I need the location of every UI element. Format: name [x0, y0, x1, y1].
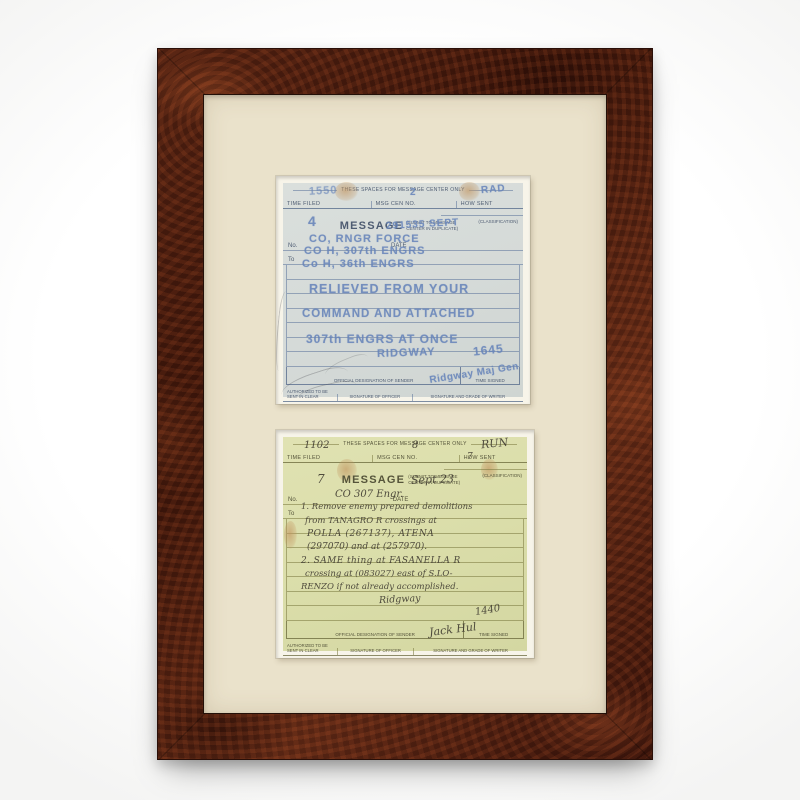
date-label: DATE — [393, 497, 409, 503]
date-label: DATE — [391, 243, 407, 249]
frame-miter — [604, 713, 651, 760]
time-signed-label: TIME SIGNED — [475, 378, 504, 383]
official-designation-label: OFFICIAL DESIGNATION OF SENDER — [334, 378, 414, 383]
fields-row: TIME FILED MSG CEN NO. HOW SENT — [283, 449, 527, 463]
message-body — [286, 519, 524, 621]
authorized-label-line1: AUTHORIZED TO BE — [287, 389, 328, 394]
frame-miter — [604, 48, 651, 95]
to-label: To — [288, 511, 294, 517]
ruled-line — [287, 563, 523, 578]
ruled-line — [287, 265, 519, 280]
form-title-row: MESSAGE (SUBMIT TO MESSAGE CENTER IN DUP… — [283, 216, 523, 235]
ruled-line — [287, 548, 523, 563]
official-designation-label: OFFICIAL DESIGNATION OF SENDER — [335, 632, 415, 637]
ruled-line — [287, 606, 523, 621]
authorized-cell: AUTHORIZED TO BE SENT IN CLEAR — [283, 389, 337, 401]
designation-box: OFFICIAL DESIGNATION OF SENDER TIME SIGN… — [286, 621, 524, 639]
framed-documents-photo: THESE SPACES FOR MESSAGE CENTER ONLY TIM… — [0, 0, 800, 800]
to-label: To — [288, 257, 294, 263]
time-filed-label: TIME FILED — [283, 201, 372, 208]
no-label: No. — [288, 497, 297, 503]
authorized-label-line2: SENT IN CLEAR — [287, 394, 319, 399]
ruled-line — [287, 577, 523, 592]
time-filed-label: TIME FILED — [283, 455, 373, 462]
ruled-line — [287, 352, 519, 367]
msg-cen-no-label: MSG CEN NO. — [373, 455, 459, 462]
to-row: To — [283, 505, 527, 519]
ruled-line — [287, 534, 523, 549]
ruled-line — [287, 294, 519, 309]
frame-miter — [158, 48, 205, 95]
signature-officer-label: SIGNATURE OF OFFICER — [350, 648, 401, 653]
mat-window-bottom: THESE SPACES FOR MESSAGE CENTER ONLY TIM… — [276, 430, 534, 658]
msg-cen-no-label: MSG CEN NO. — [372, 201, 457, 208]
message-center-note-text: THESE SPACES FOR MESSAGE CENTER ONLY — [341, 187, 464, 193]
no-date-row: No. DATE — [283, 235, 523, 251]
no-date-row: No. DATE — [283, 489, 527, 505]
signature-row: AUTHORIZED TO BE SENT IN CLEAR SIGNATURE… — [283, 385, 523, 402]
classification-label: (CLASSIFICATION) — [478, 219, 518, 224]
authorized-label-line1: AUTHORIZED TO BE — [287, 643, 328, 648]
signature-writer-label: SIGNATURE AND GRADE OF WRITER — [433, 648, 508, 653]
official-designation-cell: OFFICIAL DESIGNATION OF SENDER — [287, 367, 460, 384]
message-form-bottom: THESE SPACES FOR MESSAGE CENTER ONLY TIM… — [283, 437, 527, 651]
signature-writer-cell: SIGNATURE AND GRADE OF WRITER — [412, 394, 523, 400]
submit-note: (SUBMIT TO MESSAGE CENTER IN DUPLICATE) — [408, 474, 468, 485]
message-form-top: THESE SPACES FOR MESSAGE CENTER ONLY TIM… — [283, 183, 523, 397]
frame-miter — [158, 713, 205, 760]
signature-writer-label: SIGNATURE AND GRADE OF WRITER — [430, 394, 505, 399]
signature-row: AUTHORIZED TO BE SENT IN CLEAR SIGNATURE… — [283, 639, 527, 656]
message-body — [286, 265, 520, 367]
signature-writer-cell: SIGNATURE AND GRADE OF WRITER — [413, 648, 527, 654]
mat-window-top: THESE SPACES FOR MESSAGE CENTER ONLY TIM… — [276, 176, 530, 404]
message-center-note-text: THESE SPACES FOR MESSAGE CENTER ONLY — [343, 441, 466, 447]
signature-officer-cell: SIGNATURE OF OFFICER — [337, 648, 413, 654]
form-title: MESSAGE — [340, 220, 403, 232]
authorized-label-line2: SENT IN CLEAR — [287, 648, 319, 653]
message-center-note: THESE SPACES FOR MESSAGE CENTER ONLY — [283, 437, 527, 449]
form-title: MESSAGE — [342, 474, 405, 486]
form-title-row: MESSAGE (SUBMIT TO MESSAGE CENTER IN DUP… — [283, 470, 527, 489]
ruled-line — [287, 280, 519, 295]
time-signed-label: TIME SIGNED — [479, 632, 508, 637]
fields-row: TIME FILED MSG CEN NO. HOW SENT — [283, 195, 523, 209]
no-label: No. — [288, 243, 297, 249]
signature-officer-cell: SIGNATURE OF OFFICER — [337, 394, 412, 400]
sub-rule — [283, 463, 527, 470]
designation-box: OFFICIAL DESIGNATION OF SENDER TIME SIGN… — [286, 367, 520, 385]
official-designation-cell: OFFICIAL DESIGNATION OF SENDER — [287, 621, 463, 638]
message-center-note: THESE SPACES FOR MESSAGE CENTER ONLY — [283, 183, 523, 195]
time-signed-cell: TIME SIGNED — [463, 621, 523, 638]
authorized-cell: AUTHORIZED TO BE SENT IN CLEAR — [283, 643, 337, 655]
ruled-line — [287, 309, 519, 324]
ruled-line — [287, 338, 519, 353]
submit-note: (SUBMIT TO MESSAGE CENTER IN DUPLICATE) — [406, 220, 466, 231]
ruled-line — [287, 519, 523, 534]
ruled-line — [287, 592, 523, 607]
sub-rule — [283, 209, 523, 216]
classification-label: (CLASSIFICATION) — [482, 473, 522, 478]
to-row: To — [283, 251, 523, 265]
signature-officer-label: SIGNATURE OF OFFICER — [349, 394, 400, 399]
how-sent-label: HOW SENT — [457, 201, 523, 208]
time-signed-cell: TIME SIGNED — [460, 367, 519, 384]
how-sent-label: HOW SENT — [460, 455, 527, 462]
ruled-line — [287, 323, 519, 338]
